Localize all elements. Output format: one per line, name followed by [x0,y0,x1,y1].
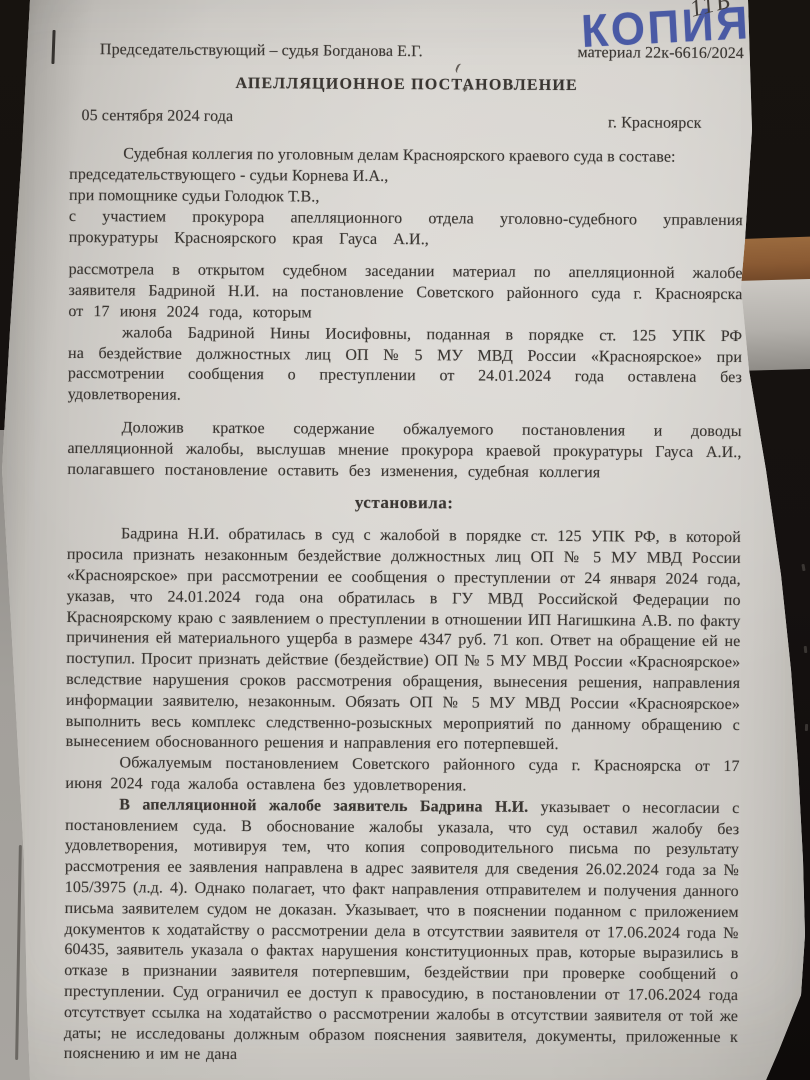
prosecutor-line: с участием прокурора апелляционного отде… [69,207,743,253]
established-heading: установила: [67,490,741,516]
ruling-summary-paragraph: жалоба Бадриной Нины Иосифовны, поданная… [68,323,742,410]
presiding-judge-line: Председательствующий – судья Богданова Е… [100,40,423,63]
considered-paragraph: рассмотрела в открытом судебном заседани… [68,260,742,327]
appeal-bold-lead: В апелляционной жалобе заявитель Бадрина… [119,796,528,815]
document-date: 05 сентября 2024 года [81,106,233,128]
document-photo: КОПИЯ 11Ь Председательствующий – судья Б… [0,0,810,1080]
document-title: АПЕЛЛЯЦИОННОЕ ПОСТАНОВЛЕНИЕ [70,73,744,98]
body-paragraph-ruling: Обжалуемым постановлением Советского рай… [65,753,739,799]
document-city: г. Красноярск [608,113,702,134]
keyboard-key-hint [805,724,808,731]
keyboard-key-hint [804,646,808,653]
body-paragraph-complaint: Бадрина Н.И. обратилась в суд с жалобой … [66,524,741,757]
date-row: 05 сентября 2024 года г. Красноярск [69,106,743,131]
reported-paragraph: Доложив краткое содержание обжалуемого п… [67,418,741,485]
body-paragraph-appeal: В апелляционной жалобе заявитель Бадрина… [64,795,740,1069]
header-row: Председательствующий – судья Богданова Е… [70,40,744,65]
appeal-text: указывает о несогласии с постановлением … [64,799,740,1064]
document-body: Председательствующий – судья Богданова Е… [64,40,744,1069]
keyboard-key-hint [801,564,805,571]
case-number: материал 22к-6616/2024 [578,43,744,65]
